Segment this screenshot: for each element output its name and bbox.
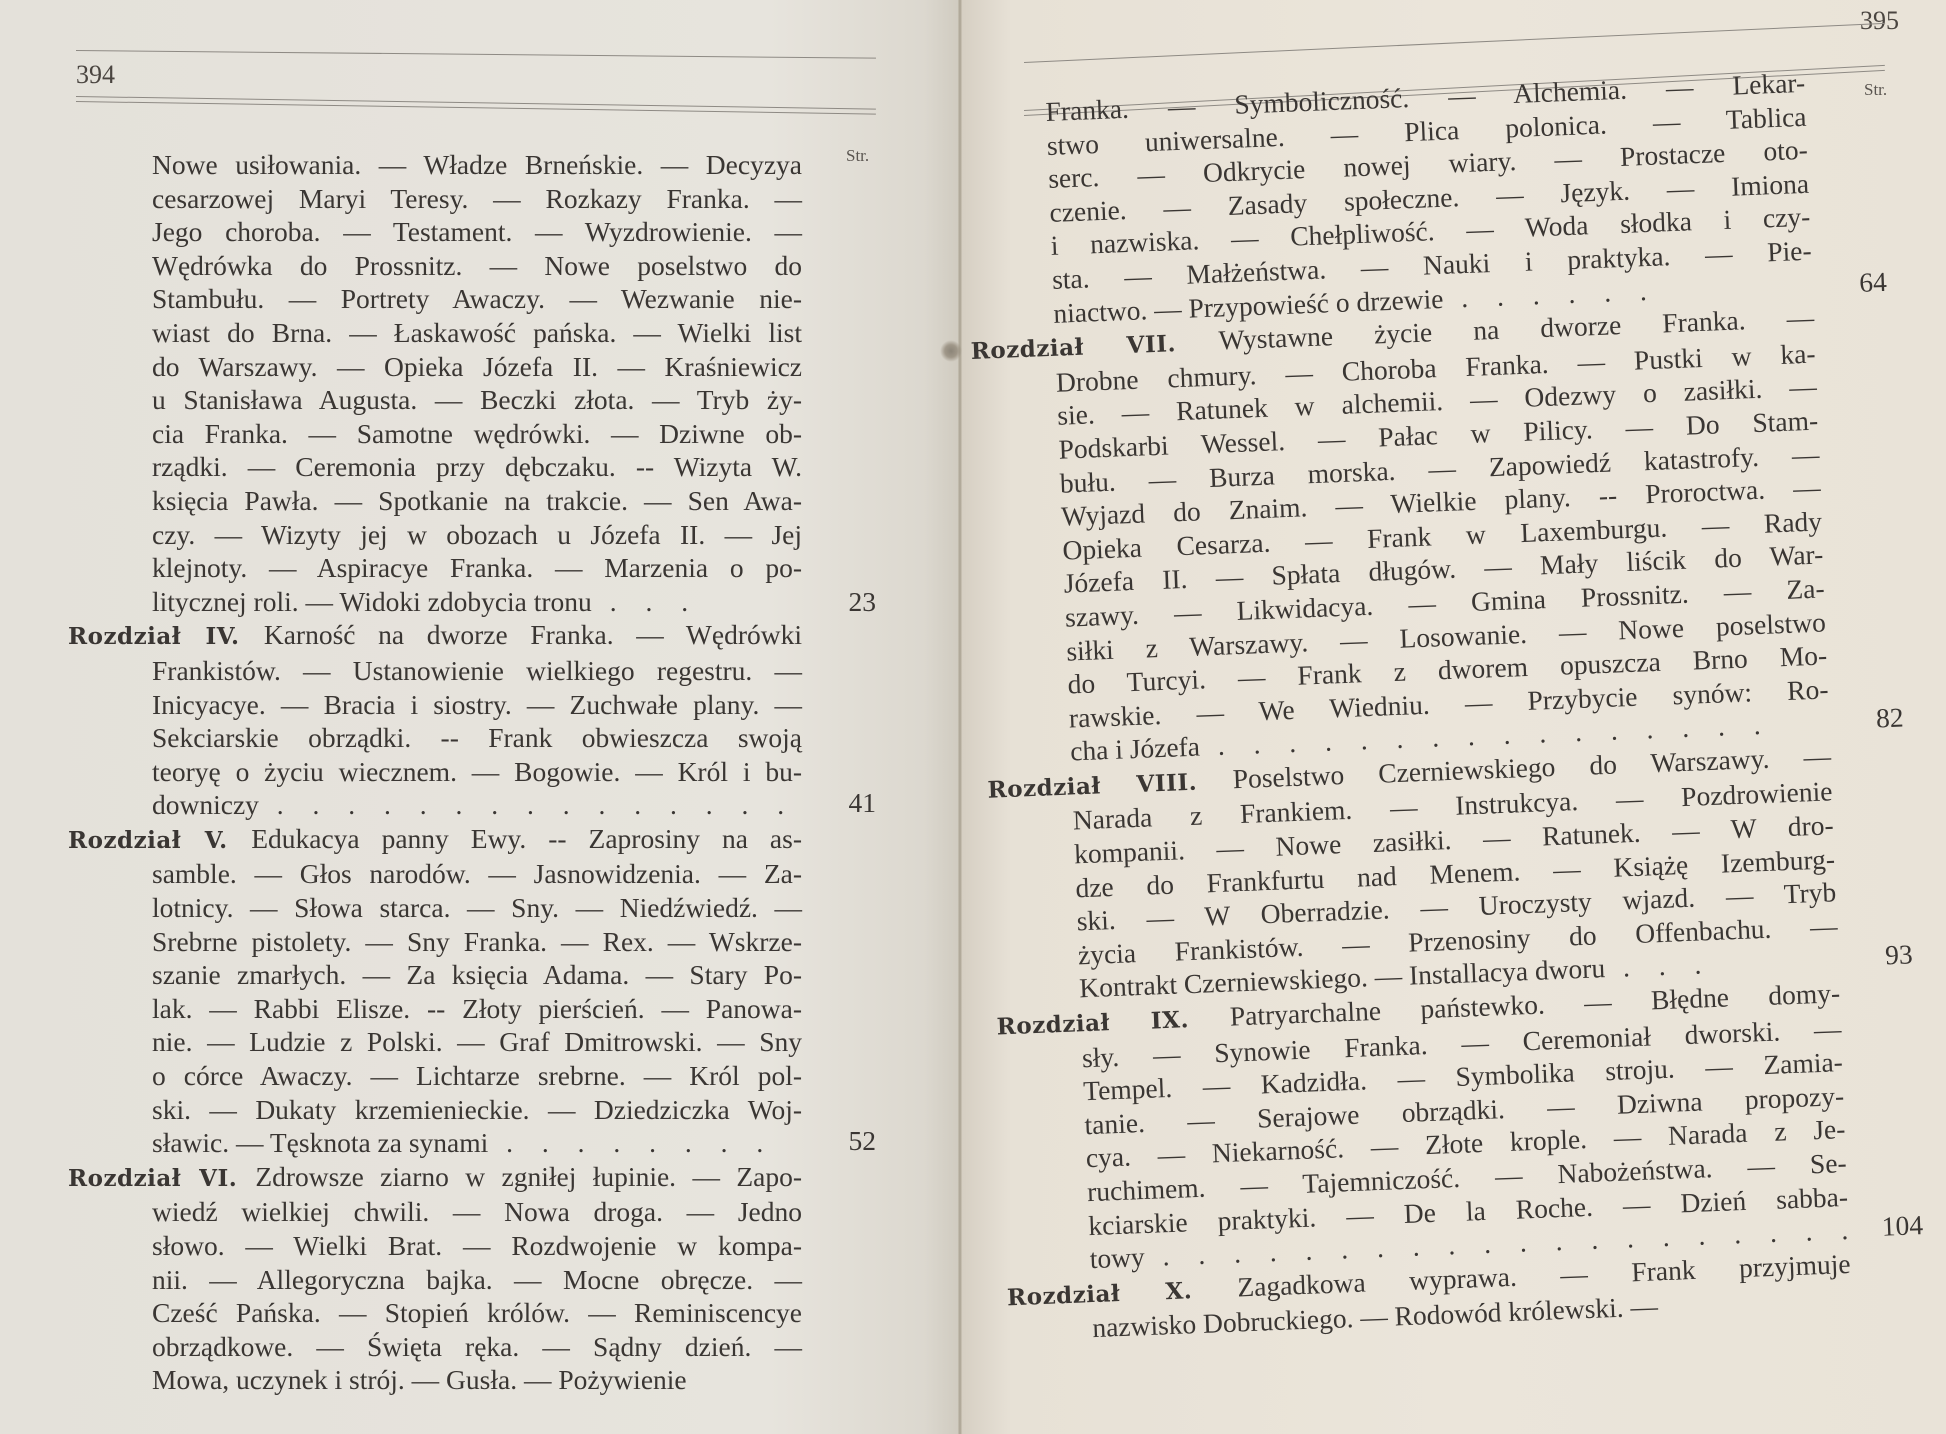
page-number-right: 395 <box>1860 6 1899 36</box>
toc-entry: Rozdział IX. Patryarchalne państewko. — … <box>1080 976 1850 1276</box>
toc-line: cia Franka. — Samotne wędrówki. — Dziwne… <box>152 417 802 451</box>
toc-line-text: nii. — Allegoryczna bajka. — Mocne obręc… <box>152 1264 802 1295</box>
toc-line: wiedź wielkiej chwili. — Nowa droga. — J… <box>152 1195 802 1229</box>
toc-line-text: Edukacya panny Ewy. -- Zaprosiny na as- <box>251 823 802 854</box>
toc-line: downiczy . . . . . . . . . . . . . . . .… <box>152 788 802 822</box>
toc-line-text: sławic. — Tęsknota za synami <box>152 1127 488 1158</box>
toc-line-text: cha i Józefa <box>1070 731 1201 767</box>
toc-line: Rozdział VI. Zdrowsze ziarno w zgniłej ł… <box>68 1160 802 1196</box>
header-rule-top <box>1024 23 1885 63</box>
toc-line-text: lak. — Rabbi Elisze. -- Złoty pierścień.… <box>152 993 802 1024</box>
toc-line: u Stanisława Augusta. — Beczki złota. — … <box>152 383 802 417</box>
toc-line: samble. — Głos narodów. — Jasnowidzenia.… <box>152 857 802 891</box>
toc-entry: Rozdział V. Edukacya panny Ewy. -- Zapro… <box>152 822 802 1160</box>
toc-line: słowo. — Wielki Brat. — Rozdwojenie w ko… <box>152 1229 802 1263</box>
toc-line-text: wiedź wielkiej chwili. — Nowa droga. — J… <box>152 1196 802 1227</box>
toc-line: o córce Awaczy. — Lichtarze srebrne. — K… <box>152 1059 802 1093</box>
toc-line-text: słowo. — Wielki Brat. — Rozdwojenie w ko… <box>152 1230 802 1261</box>
toc-line: wiast do Brna. — Łaskawość pańska. — Wie… <box>152 316 802 350</box>
toc-line-text: Wędrówka do Prossnitz. — Nowe poselstwo … <box>152 250 802 281</box>
toc-left: Nowe usiłowania. — Władze Brneńskie. — D… <box>152 148 802 1397</box>
toc-line-text: Cześć Pańska. — Stopień królów. — Remini… <box>152 1297 802 1328</box>
chapter-label: Rozdział X. <box>1007 1275 1238 1311</box>
column-header-str: Str. <box>846 146 869 166</box>
chapter-label: Rozdział VIII. <box>987 767 1233 803</box>
page-reference: 93 <box>1885 938 1914 973</box>
page-reference: 82 <box>1875 701 1904 736</box>
toc-line-text: Inicyacye. — Bracia i siostry. — Zuchwał… <box>152 689 802 720</box>
toc-line-text: Karność na dworze Franka. — Wędrówki <box>264 619 802 650</box>
toc-line: nii. — Allegoryczna bajka. — Mocne obręc… <box>152 1263 802 1297</box>
toc-line: księcia Pawła. — Spotkanie na trakcie. —… <box>152 484 802 518</box>
toc-line: Sekciarskie obrządki. -- Frank obwieszcz… <box>152 721 802 755</box>
toc-line-text: Jego choroba. — Testament. — Wyzdrowieni… <box>152 216 802 247</box>
chapter-label: Rozdział IV. <box>68 623 264 650</box>
toc-line-text: ski. — Dukaty krzemienieckie. — Dziedzic… <box>152 1094 802 1125</box>
toc-line: Inicyacye. — Bracia i siostry. — Zuchwał… <box>152 688 802 722</box>
toc-line-text: towy <box>1089 1241 1145 1274</box>
toc-line: Srebrne pistolety. — Sny Franka. — Rex. … <box>152 925 802 959</box>
header-rule-top <box>76 50 876 59</box>
toc-line: ski. — Dukaty krzemienieckie. — Dziedzic… <box>152 1093 802 1127</box>
toc-line: szanie zmarłych. — Za księcia Adama. — S… <box>152 958 802 992</box>
toc-line-text: Zdrowsze ziarno w zgniłej łupinie. — Zap… <box>255 1161 802 1192</box>
toc-line: Stambułu. — Portrety Awaczy. — Wezwanie … <box>152 282 802 316</box>
toc-line: Rozdział V. Edukacya panny Ewy. -- Zapro… <box>68 822 802 858</box>
toc-entry: Rozdział VII. Wystawne życie na dworze F… <box>1054 301 1830 769</box>
toc-line: obrządkowe. — Święta ręka. — Sądny dzień… <box>152 1330 802 1364</box>
toc-line-text: do Warszawy. — Opieka Józefa II. — Kraśn… <box>152 351 802 382</box>
toc-line-text: cia Franka. — Samotne wędrówki. — Dziwne… <box>152 418 802 449</box>
toc-line-text: lotnicy. — Słowa starca. — Sny. — Niedźw… <box>152 892 802 923</box>
toc-line: cesarzowej Maryi Teresy. — Rozkazy Frank… <box>152 182 802 216</box>
binding-thread <box>940 340 962 362</box>
toc-line-text: Mowa, uczynek i strój. — Gusła. — Pożywi… <box>152 1364 687 1395</box>
toc-line-text: o córce Awaczy. — Lichtarze srebrne. — K… <box>152 1060 802 1091</box>
toc-line-text: czy. — Wizyty jej w obozach u Józefa II.… <box>152 519 802 550</box>
toc-line-text: Srebrne pistolety. — Sny Franka. — Rex. … <box>152 926 802 957</box>
toc-line: Jego choroba. — Testament. — Wyzdrowieni… <box>152 215 802 249</box>
toc-right: Franka. — Symboliczność. — Alchemia. — L… <box>1045 66 1852 1345</box>
page-reference: 64 <box>1859 264 1888 299</box>
toc-line: nie. — Ludzie z Polski. — Graf Dmitrowsk… <box>152 1025 802 1059</box>
toc-line: rządki. — Ceremonia przy dębczaku. -- Wi… <box>152 450 802 484</box>
toc-line-text: rządki. — Ceremonia przy dębczaku. -- Wi… <box>152 451 802 482</box>
page-number-left: 394 <box>76 60 115 90</box>
page-reference: 104 <box>1881 1208 1924 1243</box>
toc-entry: Rozdział IV. Karność na dworze Franka. —… <box>152 618 802 822</box>
toc-line: sławic. — Tęsknota za synami . . . . . .… <box>152 1126 802 1160</box>
leader-dots: . . . <box>592 586 699 617</box>
left-page: 394 Str. Nowe usiłowania. — Władze Brneń… <box>0 0 962 1434</box>
toc-line: lak. — Rabbi Elisze. -- Złoty pierścień.… <box>152 992 802 1026</box>
toc-line-text: samble. — Głos narodów. — Jasnowidzenia.… <box>152 858 802 889</box>
page-reference: 23 <box>849 585 877 619</box>
toc-line-text: Nowe usiłowania. — Władze Brneńskie. — D… <box>152 149 802 180</box>
toc-line: teoryę o życiu wiecznem. — Bogowie. — Kr… <box>152 755 802 789</box>
toc-line-text: Sekciarskie obrządki. -- Frank obwieszcz… <box>152 722 802 753</box>
toc-line: czy. — Wizyty jej w obozach u Józefa II.… <box>152 518 802 552</box>
chapter-label: Rozdział IX. <box>996 1005 1230 1041</box>
toc-line-text: teoryę o życiu wiecznem. — Bogowie. — Kr… <box>152 756 802 787</box>
page-reference: 41 <box>849 786 877 820</box>
toc-line-text: cesarzowej Maryi Teresy. — Rozkazy Frank… <box>152 183 802 214</box>
toc-line-text: obrządkowe. — Święta ręka. — Sądny dzień… <box>152 1331 802 1362</box>
leader-dots: . . . . . . . . <box>488 1127 774 1158</box>
toc-entry: Rozdział VI. Zdrowsze ziarno w zgniłej ł… <box>152 1160 802 1397</box>
toc-line-text: wiast do Brna. — Łaskawość pańska. — Wie… <box>152 317 802 348</box>
toc-line: Mowa, uczynek i strój. — Gusła. — Pożywi… <box>152 1363 802 1397</box>
toc-line-text: klejnoty. — Aspiracye Franka. — Marzenia… <box>152 552 802 583</box>
toc-line: litycznej roli. — Widoki zdobycia tronu … <box>152 585 802 619</box>
column-header-str: Str. <box>1864 80 1887 100</box>
toc-line-text: Frankistów. — Ustanowienie wielkiego reg… <box>152 655 802 686</box>
toc-line: do Warszawy. — Opieka Józefa II. — Kraśn… <box>152 350 802 384</box>
chapter-label: Rozdział V. <box>68 827 251 854</box>
chapter-label: Rozdział VII. <box>970 329 1219 366</box>
leader-dots: . . . <box>1605 948 1713 983</box>
page-reference: 52 <box>849 1124 877 1158</box>
toc-line: Rozdział IV. Karność na dworze Franka. —… <box>68 618 802 654</box>
toc-entry: Rozdział VIII. Poselstwo Czerniewskiego … <box>1071 739 1840 1005</box>
toc-line: lotnicy. — Słowa starca. — Sny. — Niedźw… <box>152 891 802 925</box>
toc-line: Cześć Pańska. — Stopień królów. — Remini… <box>152 1296 802 1330</box>
toc-line-text: księcia Pawła. — Spotkanie na trakcie. —… <box>152 485 802 516</box>
toc-line-text: Stambułu. — Portrety Awaczy. — Wezwanie … <box>152 283 802 314</box>
toc-line-text: litycznej roli. — Widoki zdobycia tronu <box>152 586 592 617</box>
toc-entry: Franka. — Symboliczność. — Alchemia. — L… <box>1045 66 1813 330</box>
toc-line: klejnoty. — Aspiracye Franka. — Marzenia… <box>152 551 802 585</box>
toc-line-text: nie. — Ludzie z Polski. — Graf Dmitrowsk… <box>152 1026 802 1057</box>
toc-line: Wędrówka do Prossnitz. — Nowe poselstwo … <box>152 249 802 283</box>
toc-line-text: downiczy <box>152 789 259 820</box>
toc-line: Frankistów. — Ustanowienie wielkiego reg… <box>152 654 802 688</box>
toc-entry: Nowe usiłowania. — Władze Brneńskie. — D… <box>152 148 802 618</box>
leader-dots: . . . . . . . . . . . . . . . . . . <box>259 789 802 820</box>
toc-line-text: u Stanisława Augusta. — Beczki złota. — … <box>152 384 802 415</box>
toc-line: Nowe usiłowania. — Władze Brneńskie. — D… <box>152 148 802 182</box>
toc-line-text: szanie zmarłych. — Za księcia Adama. — S… <box>152 959 802 990</box>
chapter-label: Rozdział VI. <box>68 1165 255 1192</box>
